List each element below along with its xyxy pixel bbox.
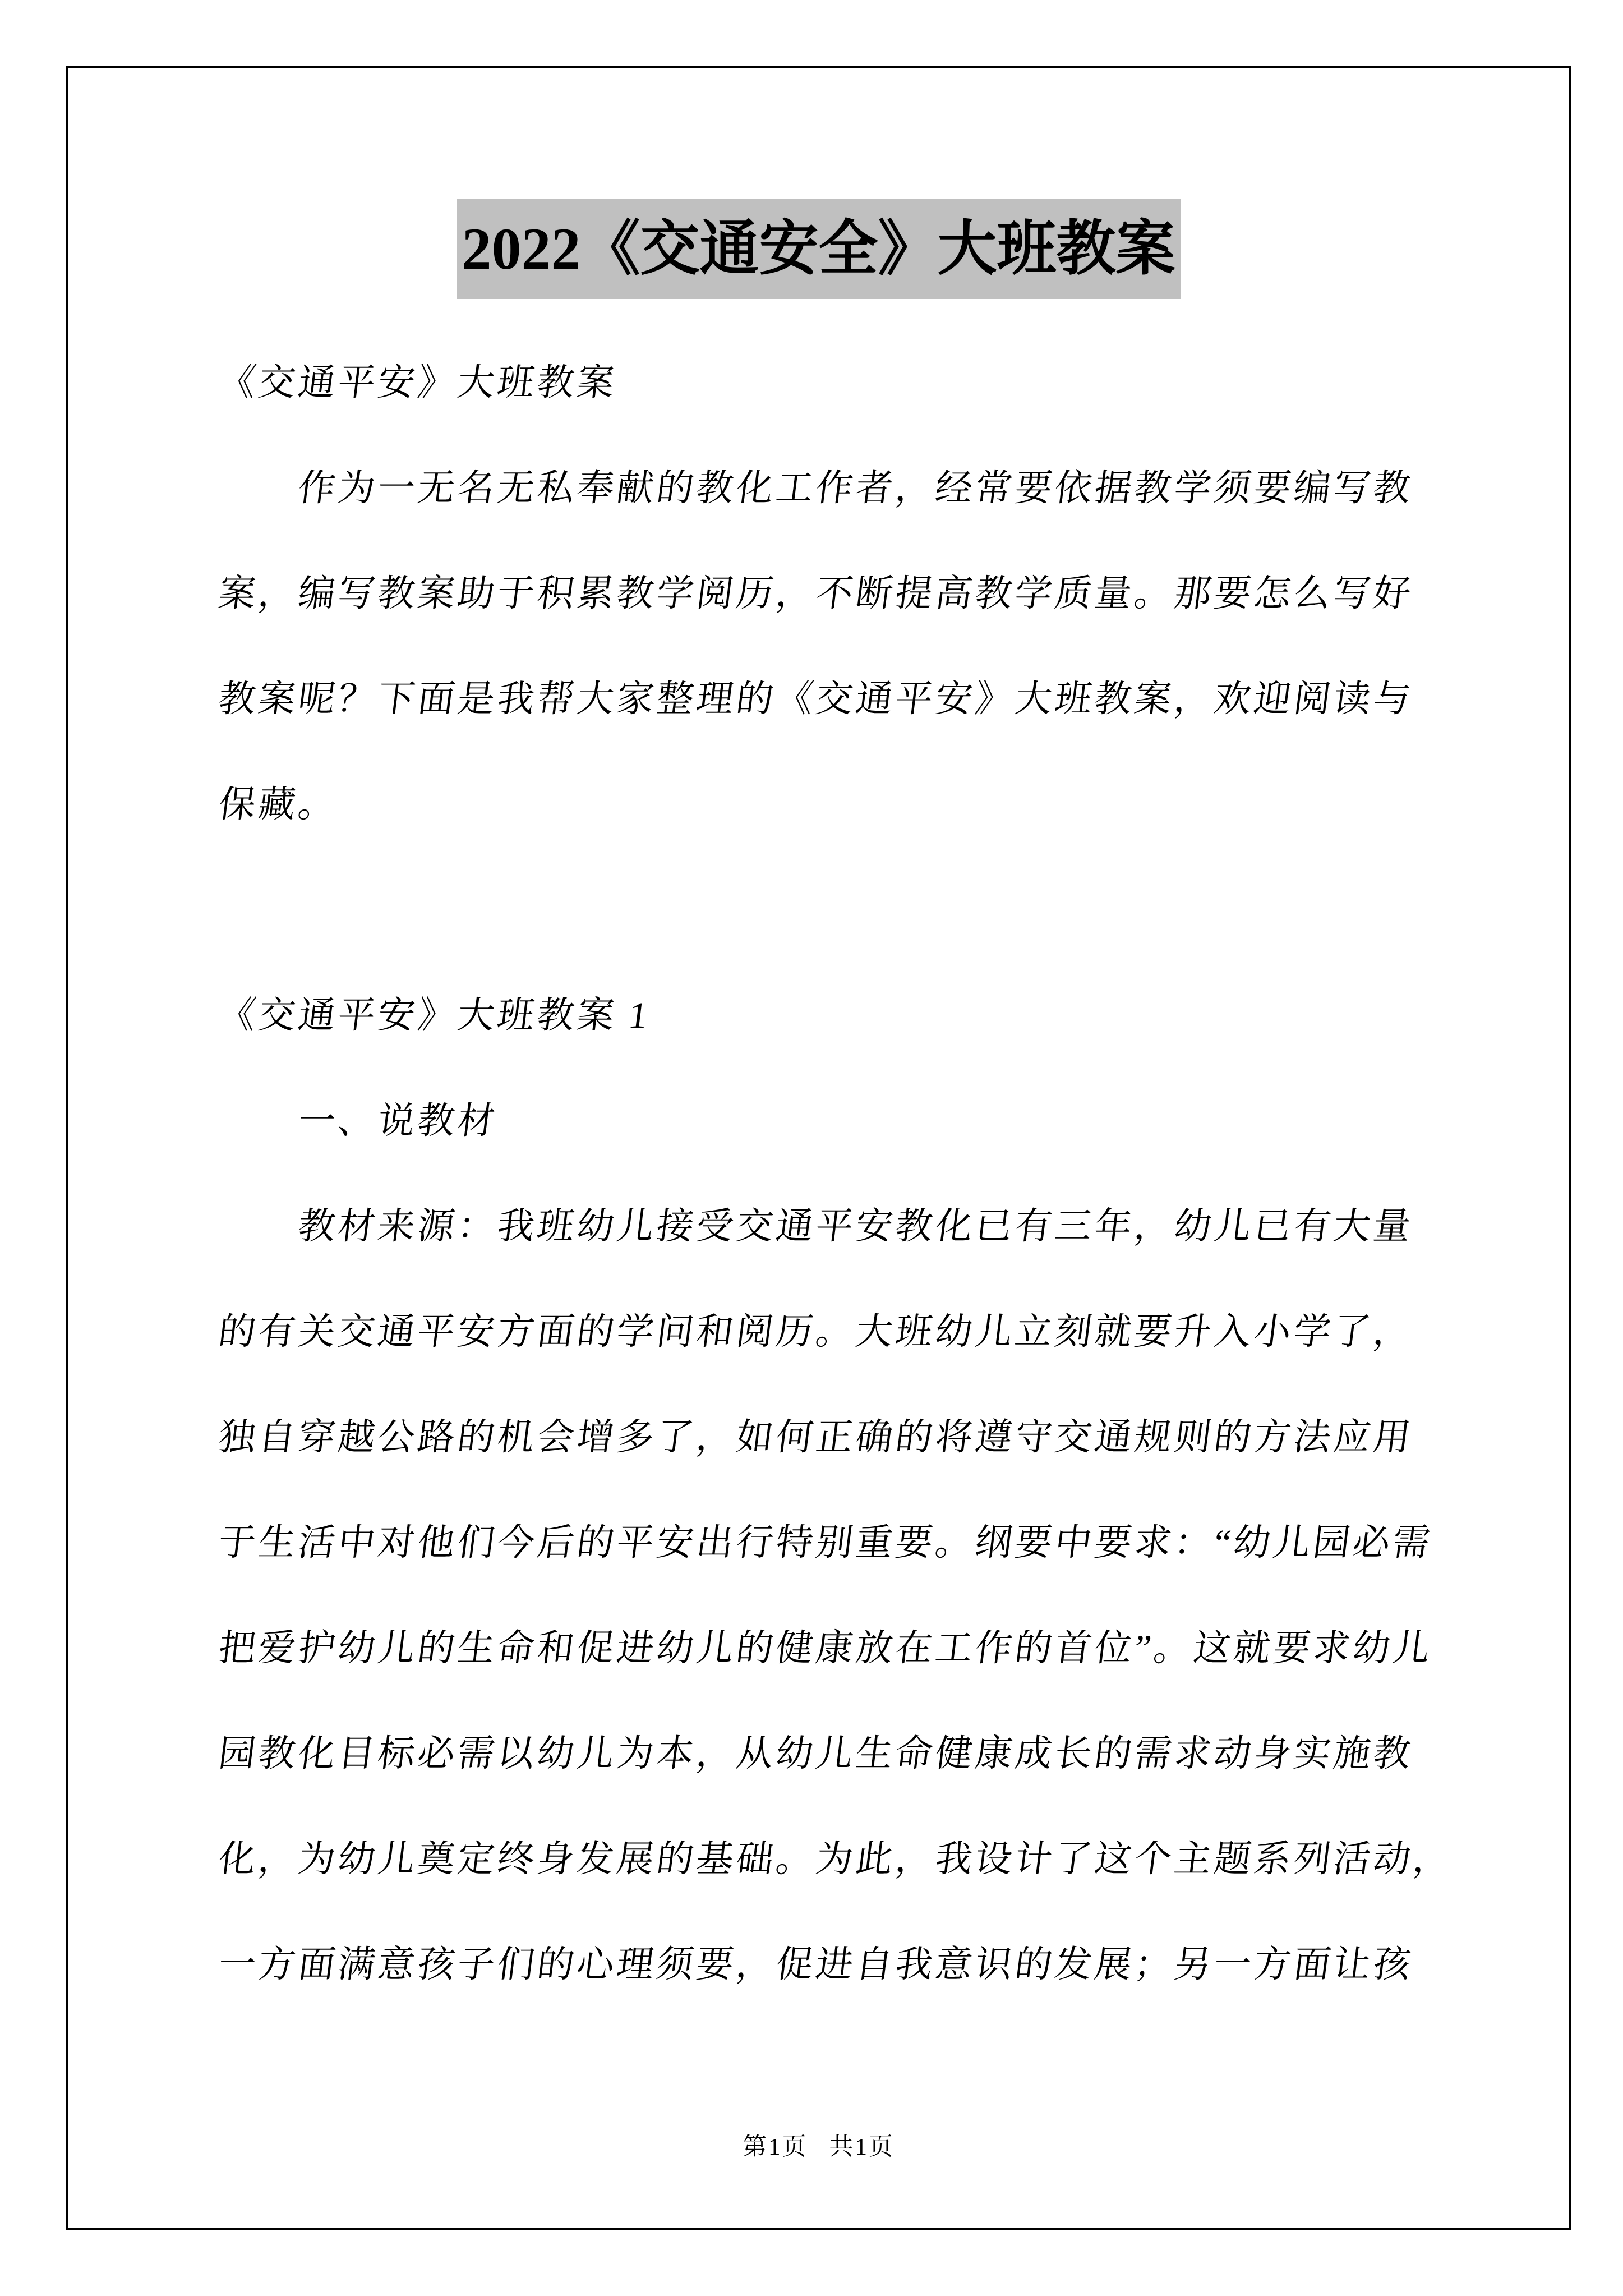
body-line: 案，编写教案助于积累教学阅历，不断提高教学质量。那要怎么写好 [216,537,1427,642]
body-line: 把爱护幼儿的生命和促进幼儿的健康放在工作的首位”。这就要求幼儿 [216,1591,1427,1697]
body-line: 独自穿越公路的机会增多了，如何正确的将遵守交通规则的方法应用 [216,1381,1427,1486]
page-footer: 第1页 共1页 [66,2128,1571,2162]
body-line: 《交通平安》大班教案 1 [216,959,1427,1064]
body-line: 保藏。 [216,748,1427,853]
body-line: 化，为幼儿奠定终身发展的基础。为此，我设计了这个主题系列活动， [216,1802,1427,1908]
body-text: 《交通平安》大班教案 作为一无名无私奉献的教化工作者，经常要依据教学须要编写教 … [216,326,1427,2013]
body-line: 《交通平安》大班教案 [216,326,1427,431]
footer-page-number: 第1页 [743,2128,808,2162]
body-line: 一方面满意孩子们的心理须要，促进自我意识的发展；另一方面让孩 [216,1908,1427,2013]
body-line: 一、说教材 [216,1064,1427,1170]
document-title: 2022《交通安全》大班教案 [66,199,1571,299]
footer-page-total: 共1页 [829,2128,895,2162]
title-highlight: 2022《交通安全》大班教案 [457,199,1181,299]
body-line: 教材来源：我班幼儿接受交通平安教化已有三年，幼儿已有大量 [216,1170,1427,1275]
body-line: 园教化目标必需以幼儿为本，从幼儿生命健康成长的需求动身实施教 [216,1697,1427,1802]
body-line: 的有关交通平安方面的学问和阅历。大班幼儿立刻就要升入小学了， [216,1275,1427,1381]
paragraph-spacer [216,853,1427,959]
body-line: 教案呢？下面是我帮大家整理的《交通平安》大班教案，欢迎阅读与 [216,642,1427,748]
body-line: 于生活中对他们今后的平安出行特别重要。纲要中要求：“幼儿园必需 [216,1486,1427,1591]
body-line: 作为一无名无私奉献的教化工作者，经常要依据教学须要编写教 [216,431,1427,537]
document-page: 2022《交通安全》大班教案 《交通平安》大班教案 作为一无名无私奉献的教化工作… [0,0,1623,2296]
